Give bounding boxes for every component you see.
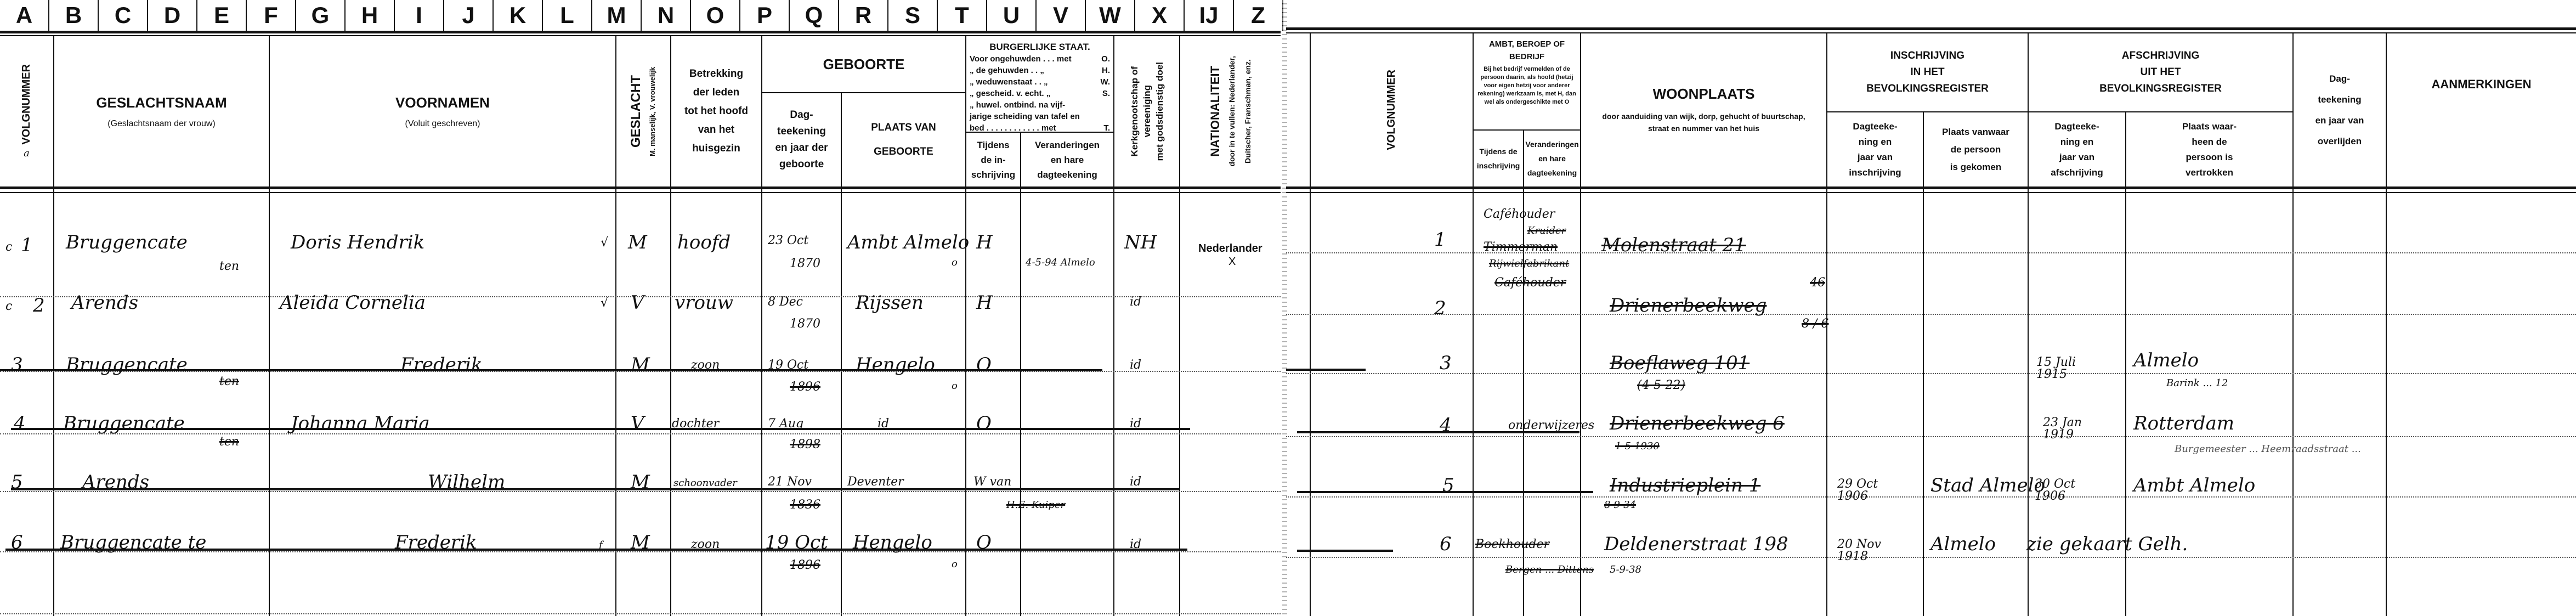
header-inschr-datum: Dagteeke-ning enjaar vaninschrijving (1827, 112, 1923, 187)
given-names: Wilhelm (428, 473, 505, 491)
letter-index-strip: ABCDEFGHIJKLMNOPQRSTUVWXIJZ (0, 0, 1283, 31)
header-kerkgenootschap: Kerkgenootschap ofvereenigingmet godsdie… (1114, 36, 1179, 187)
given-names: Aleida Cornelia (280, 293, 426, 312)
header-overlijden: Dag-teekeningen jaar vanoverlijden (2294, 33, 2386, 187)
header-line: is gekomen (1950, 159, 2002, 176)
surname: Bruggencate (63, 414, 185, 433)
row-divider (0, 613, 1281, 614)
header-geslachtsnaam: GESLACHTSNAAM (Geslachtsnaam der vrouw) (54, 36, 269, 187)
letter-tab-q: Q (790, 0, 839, 31)
header-nationaliteit: NATIONALITEIT door in te vullen: Nederla… (1180, 36, 1282, 187)
legend-text: „ weduwenstaat . . „ (970, 76, 1048, 88)
letter-tab-f: F (247, 0, 296, 31)
header-line: BEVOLKINGSREGISTER (2099, 81, 2222, 97)
letter-tab-o: O (691, 0, 740, 31)
col-line (1020, 132, 1021, 616)
legend-code: T. (1103, 122, 1110, 134)
legend-row: „ huwel. ontbind. na vijf- (970, 99, 1110, 111)
header-line: Veranderingen (1035, 138, 1100, 152)
header-line: schrijving (971, 167, 1015, 182)
given-names: Frederik (395, 533, 477, 552)
header-bottom-rule (0, 187, 1281, 189)
header-line: Dagteeke- (2054, 119, 2099, 134)
legend-row: „ de gehuwden . . „H. (970, 65, 1110, 76)
letter-tab-z: Z (1234, 0, 1283, 31)
letter-tab-b: B (49, 0, 99, 31)
header-volgnummer: VOLGNUMMER (1311, 33, 1473, 187)
occupation: onderwijzeres (1508, 420, 1594, 432)
header-bottom-rule-2 (0, 192, 1281, 193)
header-line: GEBOORTE (874, 140, 933, 164)
legend-row: „ weduwenstaat . . „W. (970, 76, 1110, 88)
occupation: Caféhouder (1484, 208, 1555, 221)
header-line: dagteekening (1527, 166, 1577, 180)
surname: Bruggencate (66, 233, 188, 252)
legend-text: „ huwel. ontbind. na vijf- (970, 99, 1065, 111)
header-line: vereeniging (1141, 85, 1153, 137)
header-line: Tijdens de (1480, 144, 1518, 159)
header-line: en hare (1538, 151, 1566, 166)
letter-tab-l: L (543, 0, 592, 31)
legend-code: S. (1102, 88, 1110, 99)
legend-text: Voor ongehuwden . . . met (970, 53, 1072, 65)
letter-tab-g: G (296, 0, 346, 31)
header-line: inschrijving (1849, 165, 1901, 180)
header-afschr-datum: Dagteeke-ning enjaar vanafschrijving (2029, 112, 2125, 187)
header-aanmerkingen: AANMERKINGEN (2387, 33, 2576, 187)
header-volgnummer: VOLGNUMMER a (0, 36, 53, 187)
strike-through (11, 428, 1190, 430)
header-line: jaar van (1858, 150, 1893, 165)
header-ambt-tijdens: Tijdens deinschrijving (1474, 131, 1523, 187)
legend-code: H. (1102, 65, 1110, 76)
address: Deldenerstraat 198 (1604, 535, 1788, 553)
header-line: heen de (2192, 134, 2227, 150)
header-afschrijving: AFSCHRIJVINGUIT HETBEVOLKINGSREGISTER (2029, 33, 2292, 111)
strike-through (1297, 550, 1393, 552)
letter-tab-ij: IJ (1185, 0, 1234, 31)
letter-tab-j: J (444, 0, 494, 31)
header-line: AFSCHRIJVING (2122, 48, 2199, 64)
letter-tab-r: R (839, 0, 888, 31)
letter-tab-i: I (395, 0, 444, 31)
header-line: met godsdienstig doel (1153, 62, 1166, 161)
header-line: PLAATS VAN (871, 116, 936, 140)
address: Molenstraat 21 (1601, 236, 1746, 255)
header-line: Plaats waar- (2182, 119, 2237, 134)
address: Industrieplein 1 (1610, 476, 1760, 495)
legend-row: Voor ongehuwden . . . metO. (970, 53, 1110, 65)
header-top-rule (1286, 27, 2576, 30)
letter-tab-h: H (346, 0, 395, 31)
header-afschr-plaats: Plaats waar-heen depersoon isvertrokken (2126, 112, 2292, 187)
surname: Arends (82, 473, 149, 491)
left-register-page: ABCDEFGHIJKLMNOPQRSTUVWXIJZ VOLGNUMMER a… (0, 0, 1283, 616)
header-voornamen: VOORNAMEN (Voluit geschreven) (270, 36, 615, 187)
letter-tab-a: A (0, 0, 49, 31)
legend-text: bed . . . . . . . . . . . . met (970, 122, 1056, 134)
row-divider (1286, 314, 2576, 315)
address: Drienerbeekweg 6 (1610, 414, 1785, 433)
given-names: Johanna Maria (291, 414, 430, 433)
burgerlijke-staat-legend: Voor ongehuwden . . . metO.„ de gehuwden… (970, 53, 1110, 134)
surname: Arends (71, 293, 138, 312)
header-line: de persoon (1951, 141, 2001, 159)
header-line: teekening (777, 123, 826, 140)
given-names: Frederik (400, 355, 483, 374)
header-line: IN HET (1910, 64, 1944, 81)
letter-tab-c: C (99, 0, 148, 31)
letter-tab-s: S (888, 0, 938, 31)
volgnummer-mark: a (24, 149, 30, 159)
header-line: BEVOLKINGSREGISTER (1866, 81, 1989, 97)
legend-text: „ gescheid. v. echt. „ (970, 88, 1050, 99)
letter-tab-n: N (642, 0, 691, 31)
header-line: ning en (2060, 134, 2093, 150)
legend-code: O. (1101, 53, 1110, 65)
letter-tab-w: W (1086, 0, 1135, 31)
header-line: Dag- (790, 107, 813, 123)
header-line: der leden (693, 83, 739, 102)
header-line: Dagteeke- (1853, 119, 1897, 134)
occupation: Boekhouder (1475, 539, 1549, 551)
header-betrekking: Betrekkingder ledentot het hoofdvan heth… (671, 36, 761, 187)
legend-row: bed . . . . . . . . . . . . metT. (970, 122, 1110, 134)
header-line: huisgezin (692, 139, 740, 158)
header-line: Plaats vanwaar (1942, 123, 2009, 141)
given-names: Doris Hendrik (291, 233, 424, 252)
legend-text: jarige scheiding van tafel en (970, 111, 1080, 122)
header-inschrijving: INSCHRIJVINGIN HETBEVOLKINGSREGISTER (1827, 33, 2028, 111)
legend-code: W. (1101, 76, 1111, 88)
header-geslacht: GESLACHT M. manselijk, V. vrouwelijk (616, 36, 670, 187)
header-line: teekening (2318, 89, 2361, 110)
row-divider (1286, 373, 2576, 374)
letter-tab-e: E (197, 0, 247, 31)
header-line: Kerkgenootschap of (1128, 66, 1141, 156)
row-divider (1286, 252, 2576, 253)
legend-text: „ de gehuwden . . „ (970, 65, 1044, 76)
header-ambt-veranderingen: Veranderingenen haredagteekening (1524, 131, 1580, 187)
letter-tab-k: K (494, 0, 543, 31)
header-line: en hare (1051, 152, 1084, 167)
header-geboorte-plaats: PLAATS VANGEBOORTE (842, 93, 965, 187)
header-bs-veranderingen: Veranderingenen haredagteekening (1021, 133, 1113, 187)
header-line: Betrekking (689, 65, 743, 83)
letter-tab-t: T (938, 0, 987, 31)
header-bs-tijdens: Tijdensde in-schrijving (966, 133, 1020, 187)
right-register-page: VOLGNUMMER AMBT, BEROEP OF BEDRIJF Bij h… (1286, 0, 2576, 616)
header-line: geboorte (779, 156, 824, 173)
letter-tab-m: M (592, 0, 642, 31)
header-line: ning en (1859, 134, 1892, 150)
header-line: dagteekening (1037, 167, 1097, 182)
header-line: persoon is (2186, 150, 2233, 165)
header-line: en jaar van (2315, 110, 2364, 131)
col-line (1923, 112, 1924, 616)
header-line: INSCHRIJVING (1890, 48, 1964, 64)
header-bottom-rule (1286, 187, 2576, 189)
legend-row: „ gescheid. v. echt. „S. (970, 88, 1110, 99)
header-line: vertrokken (2186, 165, 2233, 180)
letter-tab-x: X (1135, 0, 1185, 31)
address: Boeflaweg 101 (1610, 354, 1750, 372)
legend-row: jarige scheiding van tafel en (970, 111, 1110, 122)
header-geboorte-datum: Dag-teekeningen jaar dergeboorte (762, 93, 841, 187)
header-line: Tijdens (977, 138, 1009, 152)
address: Drienerbeekweg (1610, 296, 1767, 315)
letter-tab-u: U (987, 0, 1037, 31)
header-line: overlijden (2318, 131, 2362, 152)
header-ambt: AMBT, BEROEP OF BEDRIJF Bij het bedrijf … (1474, 33, 1580, 129)
header-burgerlijke-staat: BURGERLIJKE STAAT. Voor ongehuwden . . .… (966, 36, 1113, 132)
letter-tab-v: V (1037, 0, 1086, 31)
letter-tab-d: D (148, 0, 197, 31)
header-line: UIT HET (2141, 64, 2181, 81)
header-line: Veranderingen (1525, 137, 1578, 151)
header-line: van het (698, 121, 735, 139)
row-divider (1286, 557, 2576, 558)
header-line: inschrijving (1477, 159, 1520, 173)
header-line: jaar van (2059, 150, 2094, 165)
header-inschr-plaats: Plaats vanwaarde persoonis gekomen (1924, 112, 2028, 187)
nationality: Nederlander (1198, 242, 1262, 255)
header-geboorte: GEBOORTE (762, 36, 965, 92)
header-line: Dag- (2329, 69, 2350, 89)
row-divider (1286, 496, 2576, 498)
letter-tab-p: P (740, 0, 790, 31)
header-top-rule (0, 31, 1281, 33)
header-line: afschrijving (2051, 165, 2103, 180)
header-line: tot het hoofd (684, 102, 748, 121)
row-divider (1286, 436, 2576, 437)
header-line: en jaar der (775, 140, 828, 156)
header-woonplaats: WOONPLAATS door aanduiding van wijk, dor… (1581, 33, 1826, 187)
header-bottom-rule-2 (1286, 192, 2576, 193)
strike-through (1286, 369, 1366, 371)
header-line: de in- (981, 152, 1005, 167)
surname: Bruggencate (66, 355, 188, 374)
surname: Bruggencate te (60, 533, 206, 552)
